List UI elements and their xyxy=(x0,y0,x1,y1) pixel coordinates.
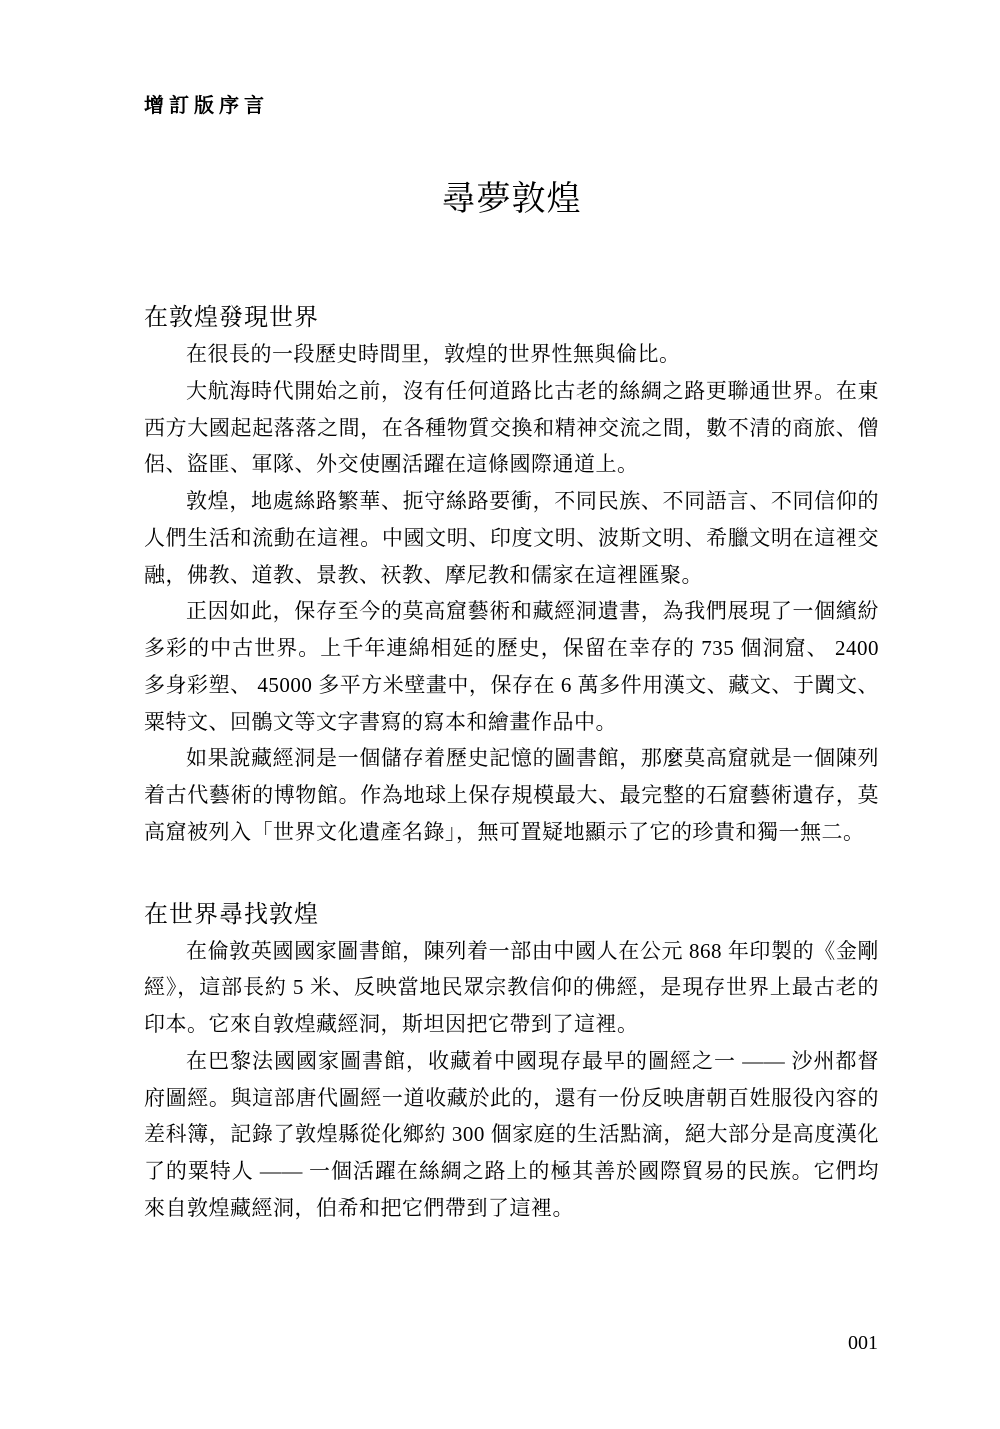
page-number: 001 xyxy=(848,1330,878,1356)
section-heading-find-dunhuang-in-world: 在世界尋找敦煌 xyxy=(144,897,879,933)
paragraph: 大航海時代開始之前，沒有任何道路比古老的絲綢之路更聯通世界。在東西方大國起起落落… xyxy=(144,373,879,483)
section-heading-discover-world-in-dunhuang: 在敦煌發現世界 xyxy=(144,300,879,336)
paragraph: 正因如此，保存至今的莫高窟藝術和藏經洞遺書，為我們展現了一個繽紛多彩的中古世界。… xyxy=(144,593,879,740)
page-title: 尋夢敦煌 xyxy=(144,178,879,222)
paragraph: 在很長的一段歷史時間里，敦煌的世界性無與倫比。 xyxy=(144,336,879,373)
paragraph: 在倫敦英國國家圖書館，陳列着一部由中國人在公元 868 年印製的《金剛經》，這部… xyxy=(144,933,879,1043)
paragraph: 在巴黎法國國家圖書館，收藏着中國現存最早的圖經之一 —— 沙州都督府圖經。與這部… xyxy=(144,1043,879,1227)
paragraph: 如果說藏經洞是一個儲存着歷史記憶的圖書館，那麼莫高窟就是一個陳列着古代藝術的博物… xyxy=(144,740,879,850)
document-page: 增訂版序言 尋夢敦煌 在敦煌發現世界 在很長的一段歷史時間里，敦煌的世界性無與倫… xyxy=(0,0,1000,1429)
preface-header: 增訂版序言 xyxy=(144,92,879,120)
text-block: 增訂版序言 尋夢敦煌 在敦煌發現世界 在很長的一段歷史時間里，敦煌的世界性無與倫… xyxy=(144,0,879,1227)
paragraph: 敦煌，地處絲路繁華、扼守絲路要衝，不同民族、不同語言、不同信仰的人們生活和流動在… xyxy=(144,483,879,593)
